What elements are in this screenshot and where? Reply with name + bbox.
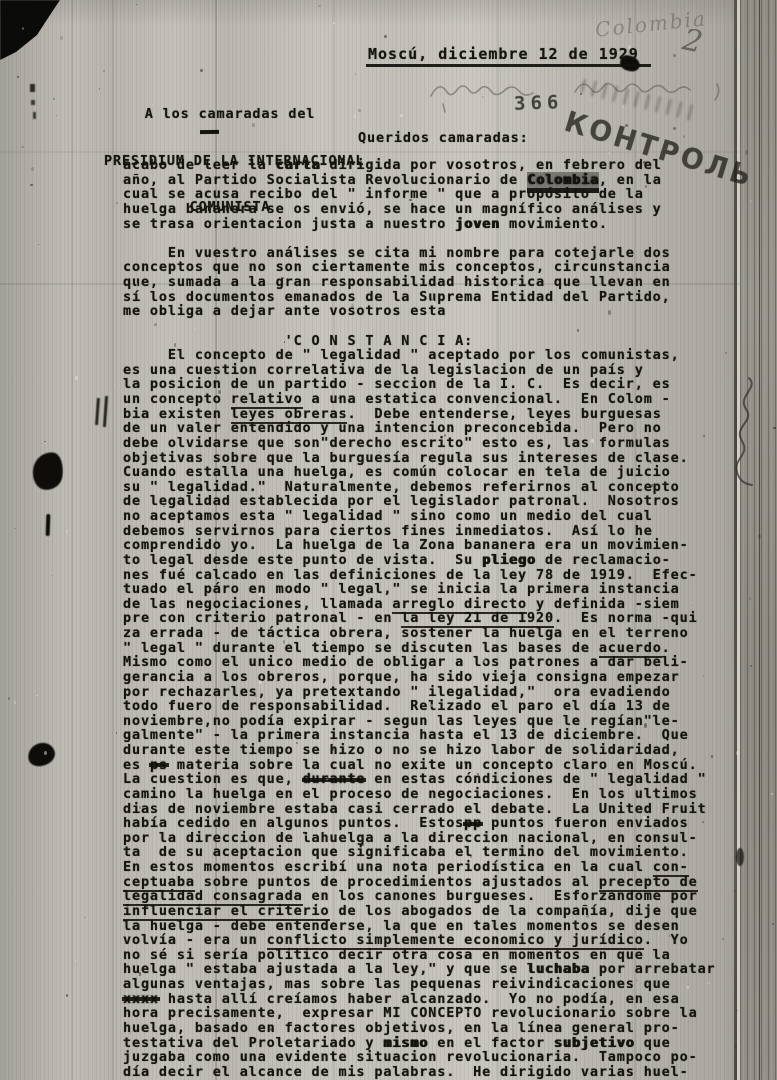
typed-line xyxy=(123,319,716,334)
typed-line: testativa del Proletariado y mismo en el… xyxy=(123,1036,716,1051)
typed-line: se trasa orientacion justa a nuestro jov… xyxy=(123,217,716,232)
paper-speck xyxy=(60,36,63,40)
paper-speck xyxy=(36,695,38,696)
typed-line: tuado el páro en modo " legal," se inici… xyxy=(123,582,716,597)
paper-speck xyxy=(56,115,57,116)
paper-speck xyxy=(673,54,676,57)
typed-line: ta de su aceptacion que significaba el t… xyxy=(123,845,716,860)
paper-speck xyxy=(266,48,267,50)
typed-line: acabo de leer la carta dirigida por voso… xyxy=(123,158,716,173)
typed-line: de un valer entendido y una intencion pr… xyxy=(123,421,716,436)
typed-line: día decir el alcance de mis palabras. He… xyxy=(123,1065,716,1080)
typed-line: La cuestion es que, durante en estas cón… xyxy=(123,772,716,787)
paper-speck xyxy=(358,109,361,112)
paper-speck xyxy=(31,167,34,171)
typed-line: 'C O N S T A N C I A: xyxy=(123,334,716,349)
paper-speck xyxy=(66,994,68,997)
typed-line: legalidad consagrada en los canones burg… xyxy=(123,889,716,904)
typed-line: la posicion de un partido - seccion de l… xyxy=(123,377,716,392)
paper-speck xyxy=(30,184,33,186)
paper-speck xyxy=(318,5,321,7)
paper-speck xyxy=(400,114,403,117)
paper-speck xyxy=(99,88,100,90)
typed-line: hora precisamente, expresar MI CONCEPTO … xyxy=(123,1006,716,1021)
typed-line: conceptos que no son ciertamente mis con… xyxy=(123,260,716,275)
typed-line: huelga, basado en factores objetivos, en… xyxy=(123,1021,716,1036)
typed-line: había cedido en algunos puntos. Estospp … xyxy=(123,816,716,831)
typed-line: camino la huelga en el proceso de negoci… xyxy=(123,787,716,802)
paper-speck xyxy=(725,352,727,354)
typed-line: comprendido yo. La huelga de la Zona ban… xyxy=(123,538,716,553)
typed-line: galmente" - la primera instancia hasta e… xyxy=(123,728,716,743)
paper-speck xyxy=(75,376,78,380)
typed-line: pre con criterio patronal - en la ley 21… xyxy=(123,611,716,626)
paper-speck xyxy=(44,441,46,442)
fold-crease-vertical xyxy=(71,0,73,1080)
typed-line: objetivas sobre que la burguesía regula … xyxy=(123,451,716,466)
paper-speck xyxy=(38,244,39,245)
paper-speck xyxy=(116,732,117,734)
paper-speck xyxy=(384,35,387,38)
addressee-line: A los camaradas del xyxy=(104,107,356,123)
paper-speck xyxy=(114,384,115,385)
paper-speck xyxy=(136,4,137,5)
margin-double-stroke xyxy=(95,398,100,425)
paper-speck xyxy=(14,701,16,704)
paper-speck xyxy=(103,70,105,72)
margin-mark xyxy=(33,112,36,119)
addressee-dash xyxy=(200,130,219,134)
typed-line: Cuando estalla una huelga, es común colo… xyxy=(123,465,716,480)
paper-speck xyxy=(200,69,203,72)
paper-speck xyxy=(355,73,356,75)
typed-line: de legalidad establecida por el legislad… xyxy=(123,494,716,509)
ink-blot xyxy=(31,450,66,492)
paper-speck xyxy=(66,530,68,533)
typed-line: me obliga a dejar ante vosotros esta xyxy=(123,304,716,319)
scan-edge-inner-line xyxy=(759,0,760,1080)
typed-line: huelga " estaba ajustada a la ley," y qu… xyxy=(123,962,716,977)
typed-line: huelga bananera se os envió, se hace un … xyxy=(123,202,716,217)
typed-line: todo fuero de responsabilidad. Relizado … xyxy=(123,699,716,714)
typed-line: debe olvidarse que son"derecho escrito" … xyxy=(123,436,716,451)
typed-line: to legal desde este punto de vista. Su p… xyxy=(123,553,716,568)
margin-mark xyxy=(31,100,35,105)
paper-speck xyxy=(683,135,685,138)
typed-line: cual se acusa recibo del " informe " que… xyxy=(123,187,716,202)
edge-blot xyxy=(736,848,744,866)
paper-speck xyxy=(622,105,624,108)
typed-line: durante este tiempo se hizo o no se hizo… xyxy=(123,743,716,758)
paper-speck xyxy=(8,697,10,700)
paper-speck xyxy=(722,938,724,940)
typed-line: un concepto relativo a una estatica conv… xyxy=(123,392,716,407)
paper-speck xyxy=(14,528,16,529)
typed-line: que, sumada a la gran responsabilidad hi… xyxy=(123,275,716,290)
paper-speck xyxy=(75,960,76,962)
typed-line xyxy=(123,231,716,246)
paper-speck xyxy=(84,917,86,918)
typed-line: En estos momentos escribí una nota perio… xyxy=(123,860,716,875)
typed-line: Mismo como el unico medio de obligar a l… xyxy=(123,655,716,670)
typed-line: no aceptamos esta " legalidad " sino com… xyxy=(123,509,716,524)
typed-line: dias de noviembre estaba casi cerrado el… xyxy=(123,802,716,817)
typed-line: nes fué calcado en las definiciones de l… xyxy=(123,568,716,583)
torn-corner-shadow xyxy=(0,0,62,62)
salutation: Queridos camaradas: xyxy=(358,130,529,146)
ink-dash xyxy=(46,514,51,536)
scanned-letter-page: Colombia 2 366 КОНТРОЛЬ Moscú, diciembre… xyxy=(0,0,777,1080)
paper-speck xyxy=(21,146,24,148)
typed-line: za errada - de táctica obrera, sostener … xyxy=(123,626,716,641)
typed-line: influenciar el criterio de los abogados … xyxy=(123,904,716,919)
typed-line: gerancia a los obreros, porque, ha sido … xyxy=(123,670,716,685)
registry-number-stamp: 366 xyxy=(514,91,564,115)
typed-line: El concepto de " legalidad " aceptado po… xyxy=(123,348,716,363)
date-line: Moscú, diciembre 12 de 1929 xyxy=(366,45,651,67)
typed-line: por rechazarles, ya pretextando " ilegal… xyxy=(123,685,716,700)
paper-speck xyxy=(53,98,55,100)
margin-double-stroke xyxy=(103,396,108,427)
typed-line: juzgaba como una evidente situacion revo… xyxy=(123,1050,716,1065)
typed-line: la huelga - debe entenderse, la que en t… xyxy=(123,919,716,934)
paper-speck xyxy=(482,96,484,98)
typed-line: volvía - era un conflicto simplemente ec… xyxy=(123,933,716,948)
margin-mark xyxy=(30,84,35,92)
paper-speck xyxy=(673,127,676,130)
paper-speck xyxy=(51,575,52,576)
paper-speck xyxy=(17,76,19,78)
typed-line: algunas ventajas, mas sobre las pequenas… xyxy=(123,977,716,992)
ink-blot xyxy=(27,742,56,768)
document-body: acabo de leer la carta dirigida por voso… xyxy=(123,158,716,1079)
